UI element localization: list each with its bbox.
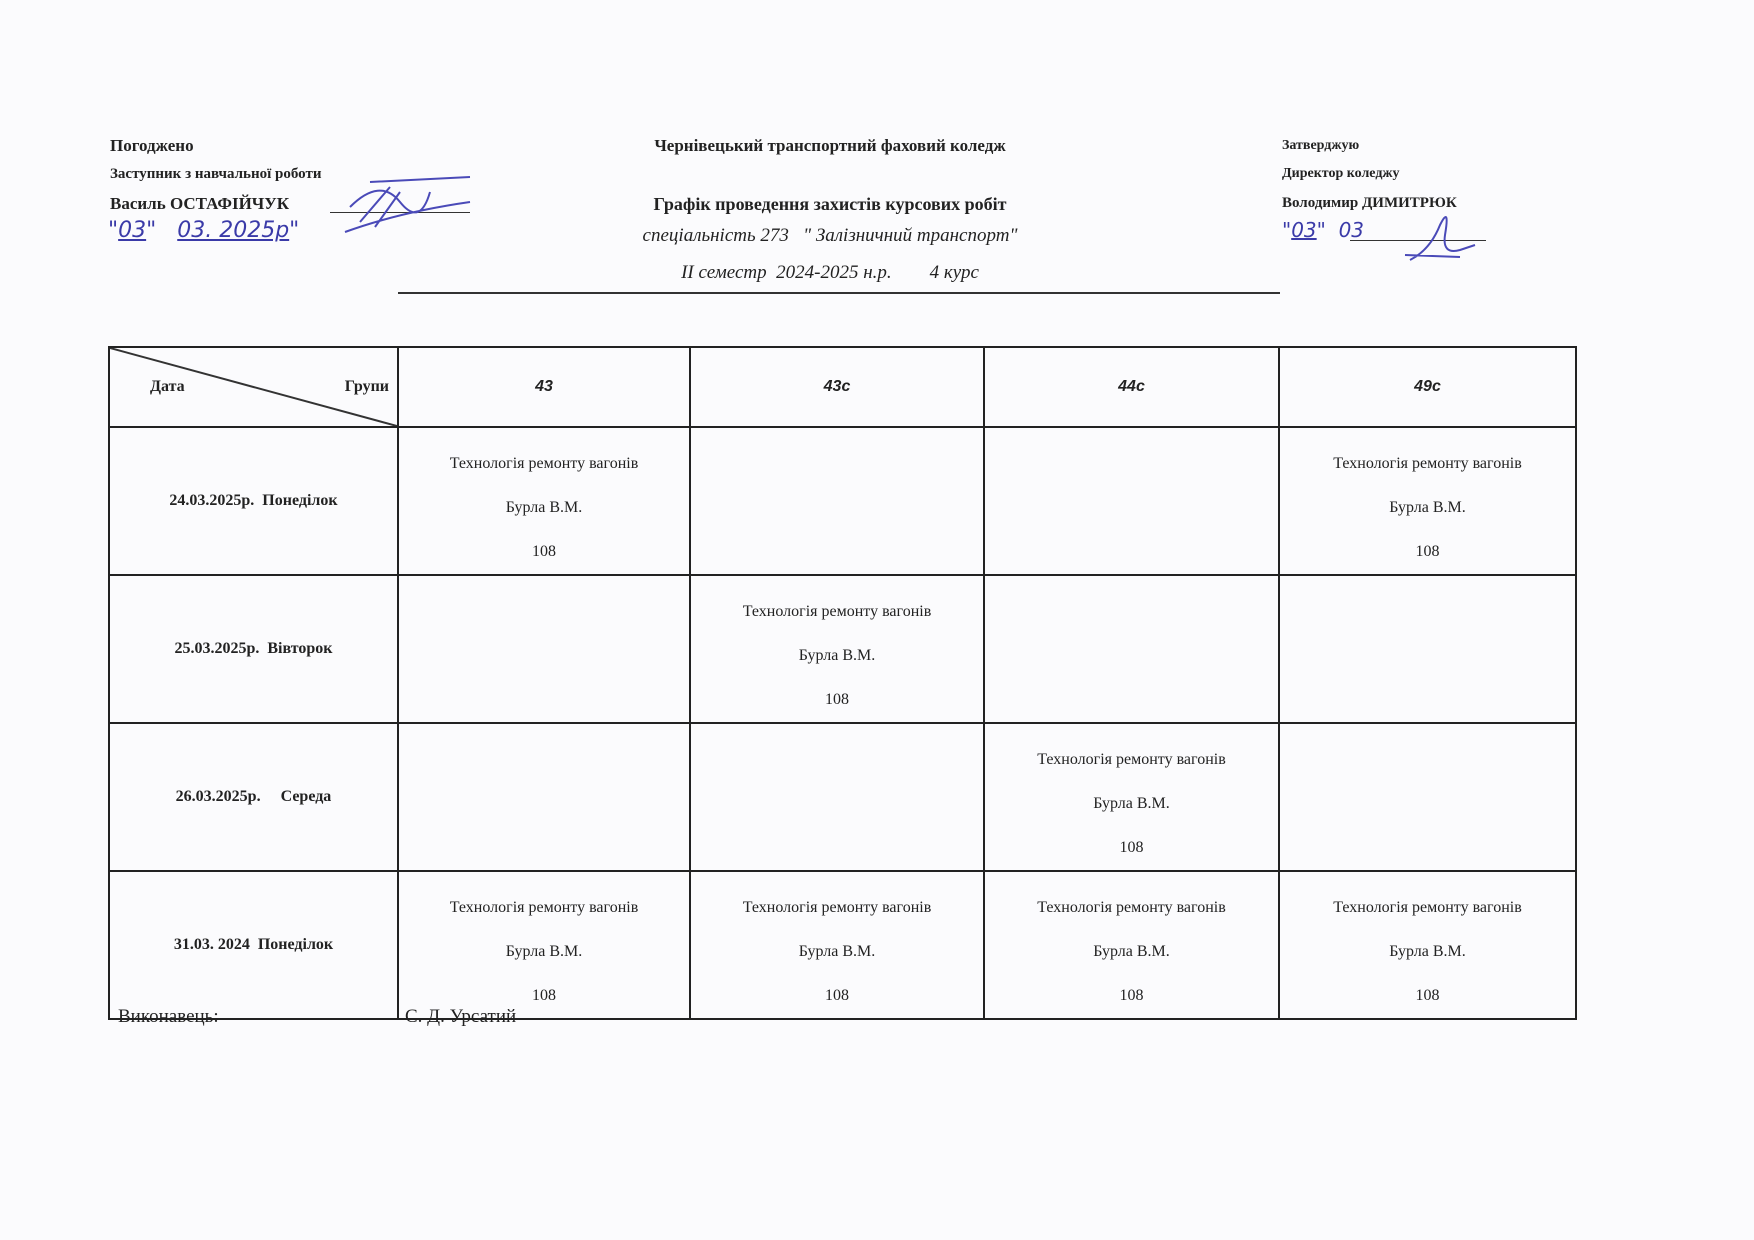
cell-subject: Технологія ремонту вагонів	[1280, 886, 1575, 930]
schedule-cell	[984, 427, 1279, 575]
cell-subject: Технологія ремонту вагонів	[691, 590, 983, 634]
semester: II семестр 2024-2025 н.р. 4 курс	[540, 262, 1120, 284]
cell-teacher: Бурла В.М.	[1280, 930, 1575, 974]
cell-room: 108	[399, 530, 689, 574]
row-date: 26.03.2025р. Середа	[109, 723, 398, 871]
cell-subject: Технологія ремонту вагонів	[691, 886, 983, 930]
schedule-cell	[984, 575, 1279, 723]
date-left: "03" 03. 2025р"	[108, 218, 299, 243]
signature-right-icon	[1400, 205, 1480, 265]
schedule-cell: Технологія ремонту вагонівБурла В.М.108	[398, 871, 690, 1019]
cell-room: 108	[985, 826, 1278, 870]
table-row: 24.03.2025р. ПонеділокТехнологія ремонту…	[109, 427, 1576, 575]
schedule-cell: Технологія ремонту вагонівБурла В.М.108	[984, 723, 1279, 871]
cell-teacher: Бурла В.М.	[691, 634, 983, 678]
schedule-cell	[398, 575, 690, 723]
row-date: 24.03.2025р. Понеділок	[109, 427, 398, 575]
approved-left-name: Василь ОСТАФІЙЧУК	[110, 194, 289, 214]
cell-subject: Технологія ремонту вагонів	[399, 886, 689, 930]
cell-subject: Технологія ремонту вагонів	[985, 738, 1278, 782]
schedule-cell: Технологія ремонту вагонівБурла В.М.108	[398, 427, 690, 575]
approved-right-title: Затверджую	[1282, 138, 1359, 154]
date-right: "03" 03	[1282, 218, 1364, 242]
date-right-month: 03	[1339, 218, 1364, 242]
executor-name: С. Д. Урсатий	[405, 1006, 516, 1028]
schedule-cell	[398, 723, 690, 871]
column-header-group: 44с	[984, 347, 1279, 427]
schedule-cell	[1279, 575, 1576, 723]
cell-teacher: Бурла В.М.	[985, 782, 1278, 826]
schedule-cell	[1279, 723, 1576, 871]
schedule-cell	[690, 723, 984, 871]
schedule-cell: Технологія ремонту вагонівБурла В.М.108	[1279, 427, 1576, 575]
corner-date-label: Дата	[150, 378, 185, 396]
date-right-day: 03	[1291, 218, 1316, 242]
column-header-group: 43	[398, 347, 690, 427]
schedule-cell: Технологія ремонту вагонівБурла В.М.108	[690, 871, 984, 1019]
signature-left-icon	[340, 172, 480, 242]
executor-label: Виконавець:	[118, 1006, 219, 1028]
schedule-table: Дата Групи 43 43с 44с 49с 24.03.2025р. П…	[108, 346, 1577, 1020]
row-date: 25.03.2025р. Вівторок	[109, 575, 398, 723]
column-header-group: 43с	[690, 347, 984, 427]
specialty: спеціальність 273 " Залізничний транспор…	[540, 225, 1120, 247]
cell-room: 108	[691, 974, 983, 1018]
institution-name: Чернівецький транспортний фаховий коледж	[540, 136, 1120, 156]
approved-left-title: Погоджено	[110, 136, 194, 156]
table-row: 26.03.2025р. СередаТехнологія ремонту ва…	[109, 723, 1576, 871]
date-left-day: 03	[118, 218, 146, 243]
cell-teacher: Бурла В.М.	[691, 930, 983, 974]
document-title: Графік проведення захистів курсових робі…	[540, 194, 1120, 215]
cell-subject: Технологія ремонту вагонів	[985, 886, 1278, 930]
corner-header: Дата Групи	[109, 347, 398, 427]
table-row: 25.03.2025р. ВівторокТехнологія ремонту …	[109, 575, 1576, 723]
cell-room: 108	[1280, 530, 1575, 574]
cell-teacher: Бурла В.М.	[399, 930, 689, 974]
cell-subject: Технологія ремонту вагонів	[1280, 442, 1575, 486]
schedule-cell: Технологія ремонту вагонівБурла В.М.108	[690, 575, 984, 723]
corner-groups-label: Групи	[345, 378, 389, 396]
column-header-group: 49с	[1279, 347, 1576, 427]
schedule-cell	[690, 427, 984, 575]
cell-teacher: Бурла В.М.	[399, 486, 689, 530]
cell-room: 108	[691, 678, 983, 722]
cell-teacher: Бурла В.М.	[985, 930, 1278, 974]
cell-room: 108	[985, 974, 1278, 1018]
date-left-rest: 03. 2025р	[177, 218, 289, 243]
table-row: 31.03. 2024 ПонеділокТехнологія ремонту …	[109, 871, 1576, 1019]
row-date: 31.03. 2024 Понеділок	[109, 871, 398, 1019]
cell-subject: Технологія ремонту вагонів	[399, 442, 689, 486]
header-underline	[398, 292, 1280, 294]
cell-teacher: Бурла В.М.	[1280, 486, 1575, 530]
cell-room: 108	[1280, 974, 1575, 1018]
schedule-cell: Технологія ремонту вагонівБурла В.М.108	[984, 871, 1279, 1019]
approved-right-position: Директор коледжу	[1282, 166, 1400, 182]
schedule-cell: Технологія ремонту вагонівБурла В.М.108	[1279, 871, 1576, 1019]
